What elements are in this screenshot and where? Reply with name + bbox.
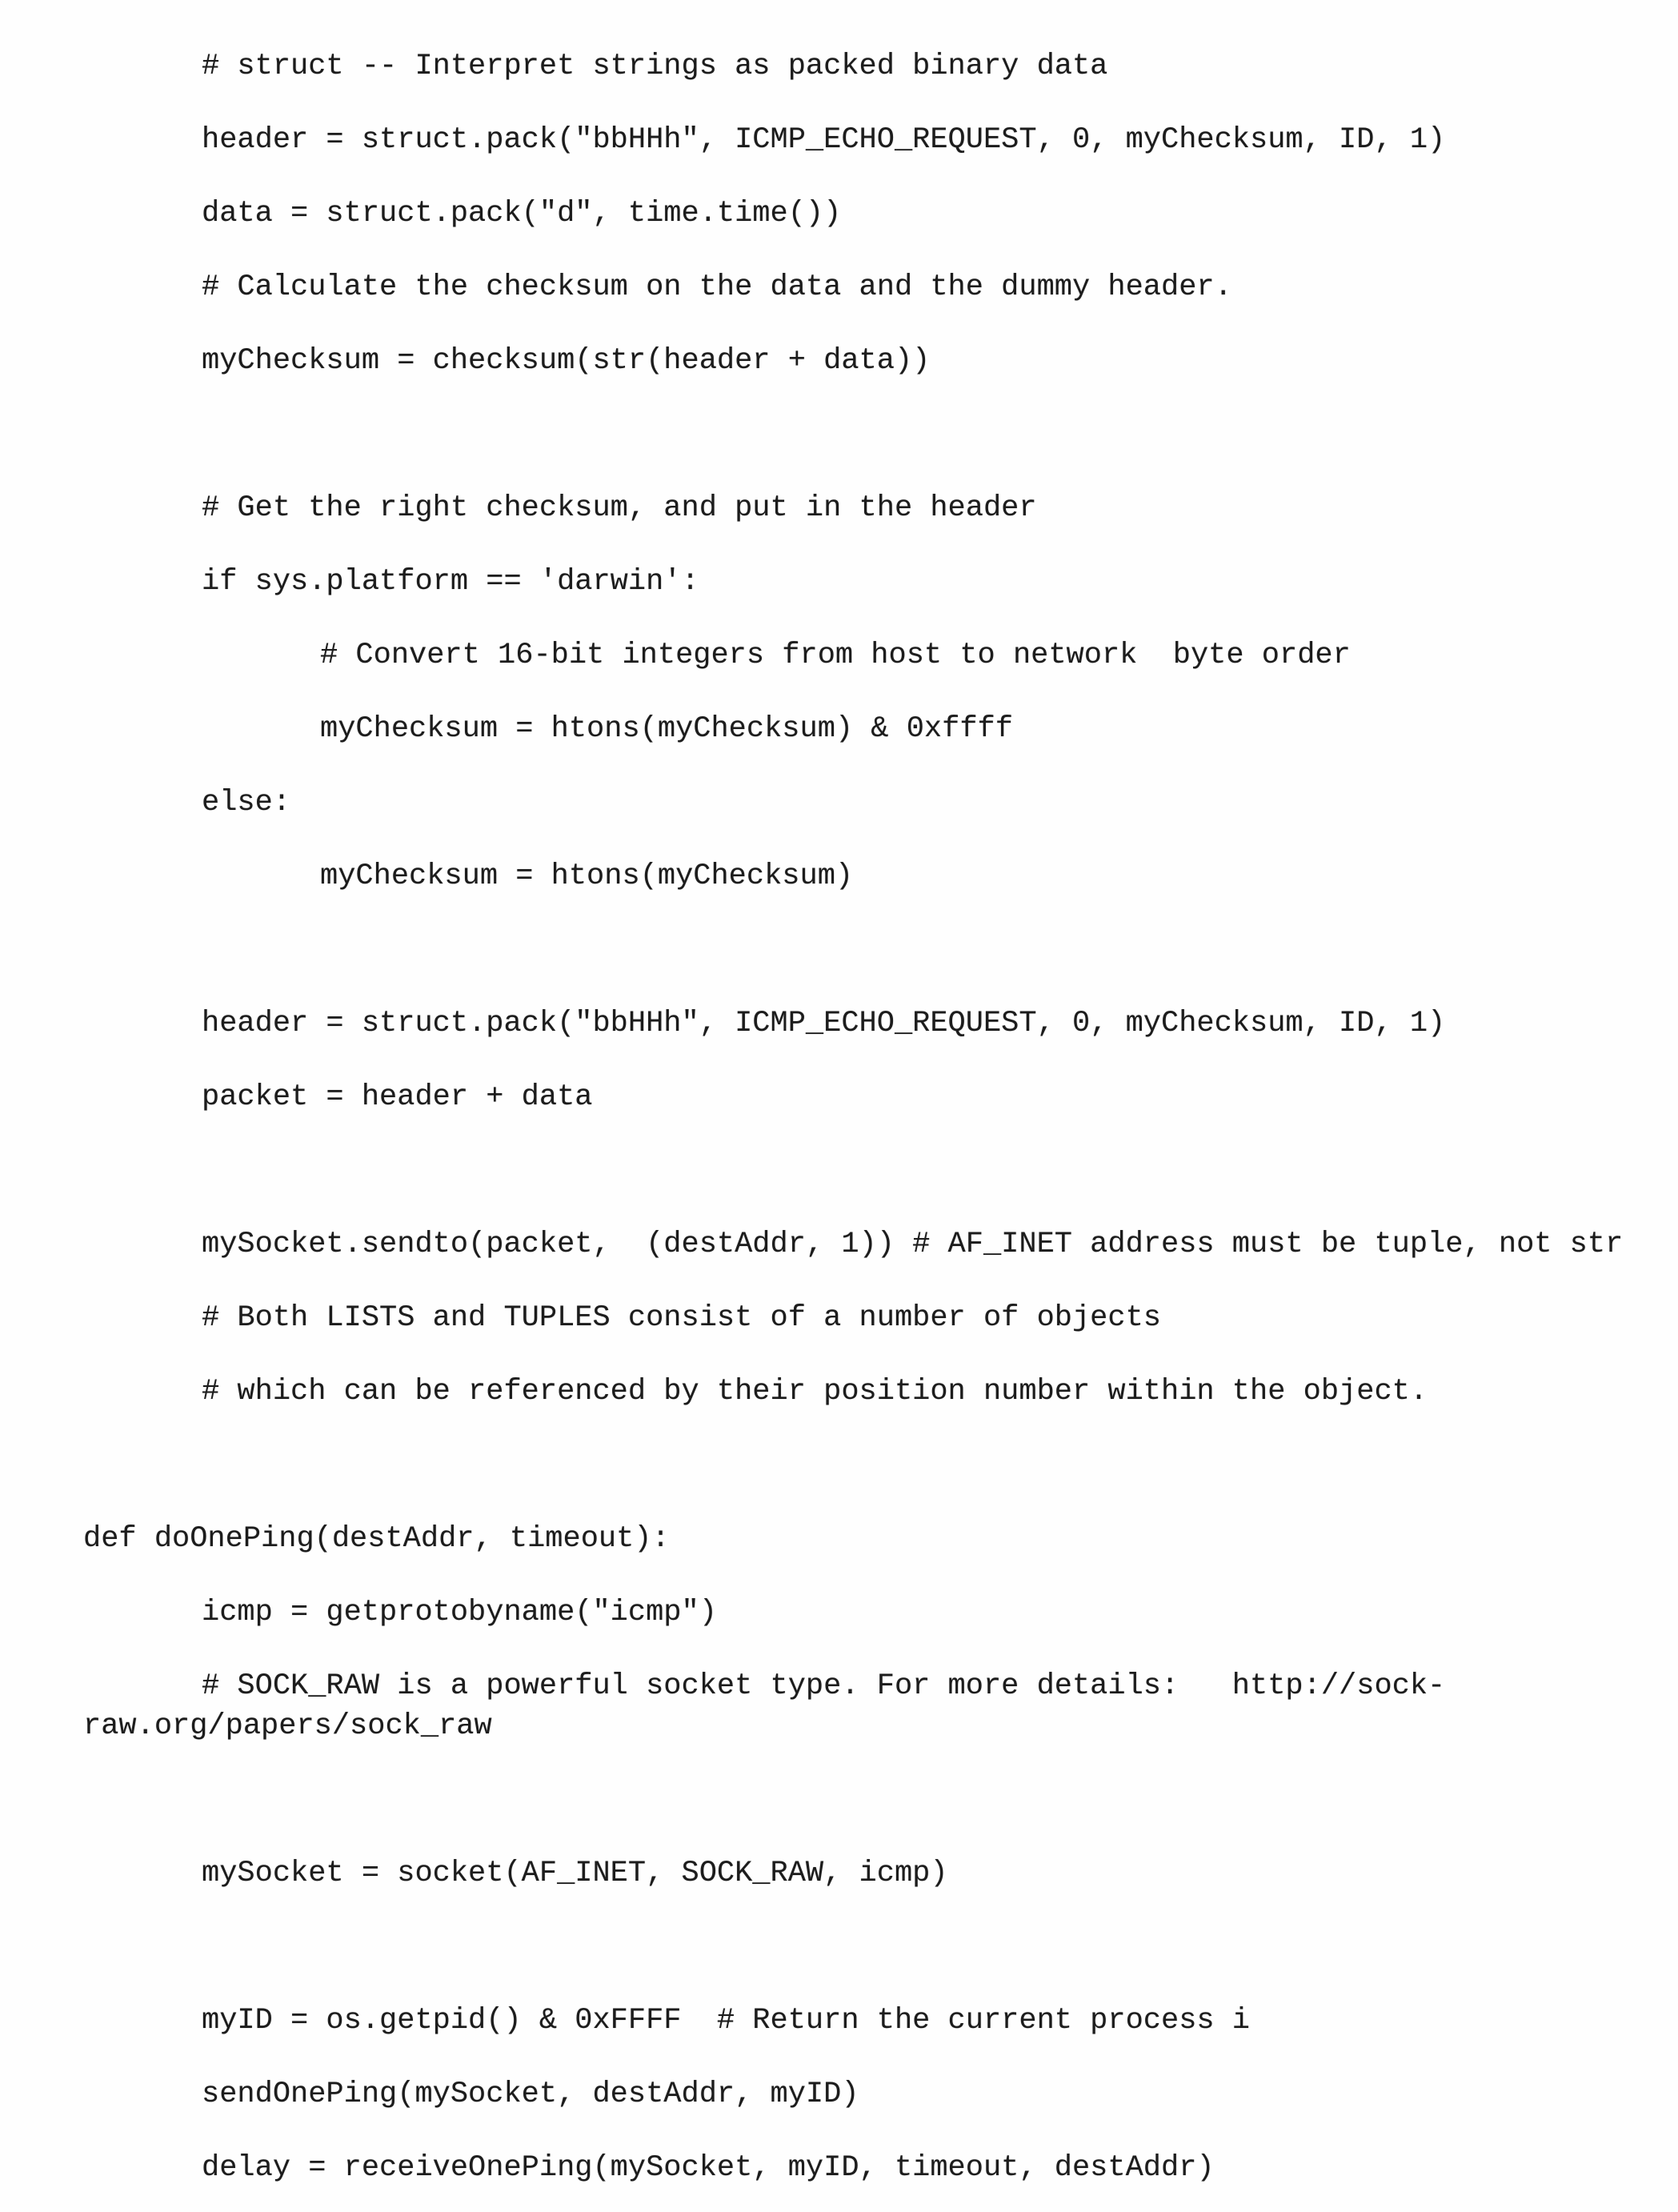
code-line: # which can be referenced by their posit… xyxy=(83,1372,1678,1412)
document-page: # struct -- Interpret strings as packed … xyxy=(0,0,1678,2212)
code-line: # Convert 16-bit integers from host to n… xyxy=(83,635,1678,675)
code-line: else: xyxy=(83,783,1678,823)
code-line: myChecksum = htons(myChecksum) xyxy=(83,856,1678,896)
code-line: packet = header + data xyxy=(83,1077,1678,1117)
code-line: # Get the right checksum, and put in the… xyxy=(83,488,1678,528)
code-line: def doOnePing(destAddr, timeout): xyxy=(83,1519,1678,1559)
code-line: # SOCK_RAW is a powerful socket type. Fo… xyxy=(83,1666,1678,1706)
code-line: delay = receiveOnePing(mySocket, myID, t… xyxy=(83,2148,1678,2188)
code-line: myChecksum = htons(myChecksum) & 0xffff xyxy=(83,709,1678,749)
code-line: # Calculate the checksum on the data and… xyxy=(83,267,1678,307)
code-listing: # struct -- Interpret strings as packed … xyxy=(0,0,1678,2188)
code-line: header = struct.pack("bbHHh", ICMP_ECHO_… xyxy=(83,120,1678,160)
code-line: mySocket = socket(AF_INET, SOCK_RAW, icm… xyxy=(83,1853,1678,1893)
code-line: myID = os.getpid() & 0xFFFF # Return the… xyxy=(83,2001,1678,2041)
code-line: raw.org/papers/sock_raw xyxy=(83,1706,1678,1746)
code-line: # Both LISTS and TUPLES consist of a num… xyxy=(83,1298,1678,1338)
code-line: data = struct.pack("d", time.time()) xyxy=(83,194,1678,234)
code-line: if sys.platform == 'darwin': xyxy=(83,562,1678,602)
code-line: myChecksum = checksum(str(header + data)… xyxy=(83,341,1678,381)
code-line: mySocket.sendto(packet, (destAddr, 1)) #… xyxy=(83,1224,1678,1264)
code-line: header = struct.pack("bbHHh", ICMP_ECHO_… xyxy=(83,1004,1678,1044)
code-line: sendOnePing(mySocket, destAddr, myID) xyxy=(83,2074,1678,2114)
code-line: # struct -- Interpret strings as packed … xyxy=(83,46,1678,86)
code-line: icmp = getprotobyname("icmp") xyxy=(83,1593,1678,1633)
